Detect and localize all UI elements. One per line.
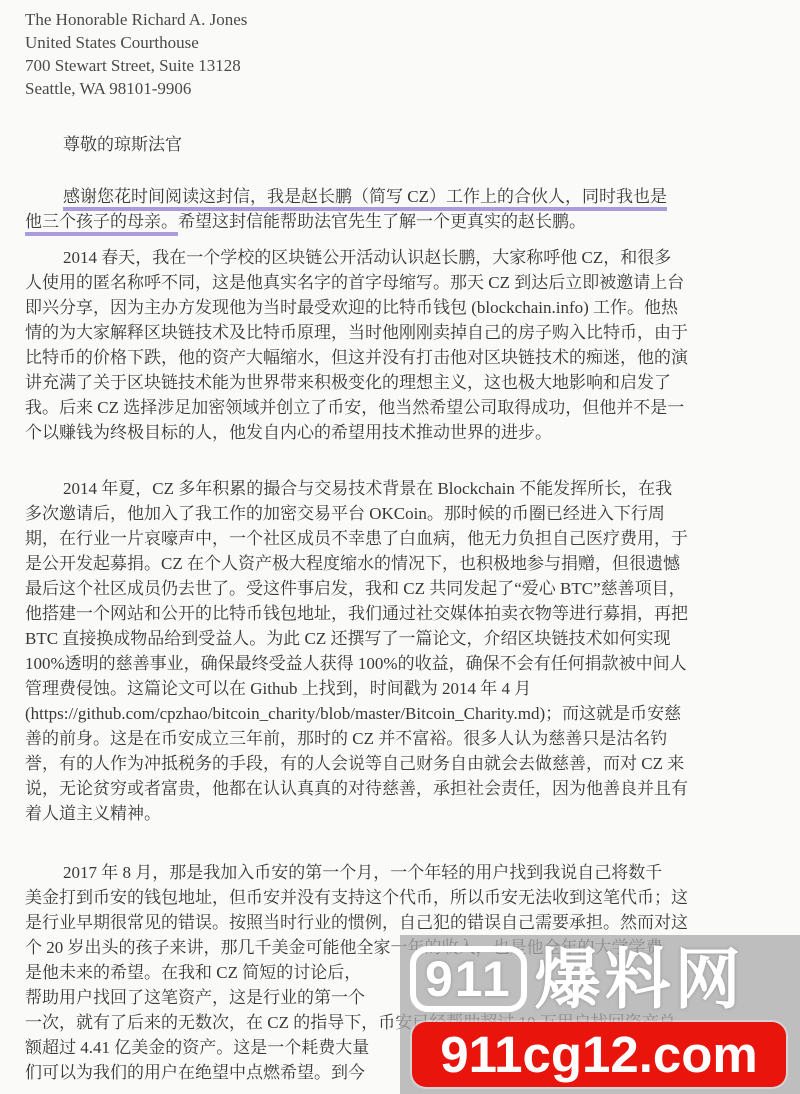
watermark-logo: 911 爆料网	[410, 941, 745, 1017]
letter-line: 我。后来 CZ 选择涉足加密领域并创立了币安，他当然希望公司取得成功，但他并不是…	[25, 395, 782, 420]
letter-line: 比特币的价格下跌，他的资产大幅缩水，但这并没有打击他对区块链技术的痴迷，他的演	[25, 345, 782, 370]
letter-line: 管理费侵蚀。这篇论文可以在 Github 上找到，时间戳为 2014 年 4 月	[25, 676, 782, 701]
letter-line: 最后这个社区成员仍去世了。受这件事启发，我和 CZ 共同发起了“爱心 BTC”慈…	[25, 576, 782, 601]
intro-line-2: 他三个孩子的母亲。希望这封信能帮助法官先生了解一个更真实的赵长鹏。	[25, 209, 782, 234]
letter-line: 善的前身。这是在币安成立三年前，那时的 CZ 并不富裕。很多人认为慈善只是沽名钓	[25, 726, 782, 751]
address-line: Seattle, WA 98101-9906	[25, 77, 782, 100]
paragraph-2014-spring: 2014 春天，我在一个学校的区块链公开活动认识赵长鹏，大家称呼他 CZ，和很多…	[25, 245, 782, 445]
watermark-url-text: 911cg12.com	[440, 1029, 758, 1080]
letter-line: 2014 春天，我在一个学校的区块链公开活动认识赵长鹏，大家称呼他 CZ，和很多	[25, 245, 782, 270]
watermark-logo-number: 911	[410, 946, 527, 1013]
letter-line: 是行业早期很常见的错误。按照当时行业的惯例，自己犯的错误自己需要承担。然而对这	[25, 910, 782, 935]
letter-line: 美金打到币安的钱包地址，但币安并没有支持这个代币，所以币安无法收到这笔代币；这	[25, 885, 782, 910]
watermark-panel: 911 爆料网 911cg12.com	[400, 935, 800, 1094]
letter-line: 是公开发起募捐。CZ 在个人资产极大程度缩水的情况下，也积极地参与捐赠，但很遗憾	[25, 551, 782, 576]
letter-line: 2014 年夏，CZ 多年积累的撮合与交易技术背景在 Blockchain 不能…	[25, 476, 782, 501]
letter-line: 人使用的匿名称呼不同，这是他真实名字的首字母缩写。那天 CZ 到达后立即被邀请上…	[25, 270, 782, 295]
letter-page: The Honorable Richard A. JonesUnited Sta…	[0, 0, 800, 1085]
intro-line-1: 感谢您花时间阅读这封信，我是赵长鹏（简写 CZ）工作上的合伙人，同时我也是	[25, 184, 782, 209]
address-line: The Honorable Richard A. Jones	[25, 8, 782, 31]
letter-line: 他搭建一个网站和公开的比特币钱包地址，我们通过社交媒体拍卖衣物等进行募捐，再把	[25, 601, 782, 626]
letter-line: BTC 直接换成物品给到受益人。为此 CZ 还撰写了一篇论文，介绍区块链技术如何…	[25, 626, 782, 651]
recipient-address-block: The Honorable Richard A. JonesUnited Sta…	[25, 8, 782, 100]
address-line: 700 Stewart Street, Suite 13128	[25, 54, 782, 77]
letter-line: 期，在行业一片哀嚎声中，一个社区成员不幸患了白血病，他无力负担自己医疗费用，于	[25, 526, 782, 551]
letter-line: 说，无论贫穷或者富贵，他都在认认真真的对待慈善，承担社会责任，因为他善良并且有	[25, 776, 782, 801]
underlined-text: 他三个孩子的母亲。	[25, 212, 178, 236]
intro-line-2-rest: 希望这封信能帮助法官先生了解一个更真实的赵长鹏。	[178, 212, 586, 231]
letter-line: 着人道主义精神。	[25, 801, 782, 826]
letter-line: 2017 年 8 月，那是我加入币安的第一个月，一个年轻的用户找到我说自己将数千	[25, 860, 782, 885]
letter-line: 讲充满了关于区块链技术能为世界带来积极变化的理想主义，这也极大地影响和启发了	[25, 370, 782, 395]
watermark-url-badge: 911cg12.com	[412, 1022, 786, 1087]
underlined-text: 感谢您花时间阅读这封信，我是赵长鹏（简写 CZ）工作上的合伙人，同时我也是	[63, 187, 667, 211]
address-line: United States Courthouse	[25, 31, 782, 54]
intro-paragraph: 感谢您花时间阅读这封信，我是赵长鹏（简写 CZ）工作上的合伙人，同时我也是 他三…	[25, 184, 782, 234]
letter-line: 100%透明的慈善事业，确保最终受益人获得 100%的收益，确保不会有任何捐款被…	[25, 651, 782, 676]
letter-line: 情的为大家解释区块链技术及比特币原理，当时他刚刚卖掉自己的房子购入比特币，由于	[25, 320, 782, 345]
letter-line: 即兴分享，因为主办方发现他为当时最受欢迎的比特币钱包 (blockchain.i…	[25, 295, 782, 320]
letter-line: 多次邀请后，他加入了我工作的加密交易平台 OKCoin。那时候的币圈已经进入下行…	[25, 501, 782, 526]
letter-line: (https://github.com/cpzhao/bitcoin_chari…	[25, 701, 782, 726]
watermark-logo-text: 爆料网	[535, 946, 745, 1012]
letter-line: 个以赚钱为终极目标的人，他发自内心的希望用技术推动世界的进步。	[25, 420, 782, 445]
paragraph-2014-summer: 2014 年夏，CZ 多年积累的撮合与交易技术背景在 Blockchain 不能…	[25, 476, 782, 826]
letter-line: 誉，有的人作为冲抵税务的手段，有的人会说等自己财务自由就会去做慈善，而对 CZ …	[25, 751, 782, 776]
salutation: 尊敬的琼斯法官	[25, 132, 782, 157]
